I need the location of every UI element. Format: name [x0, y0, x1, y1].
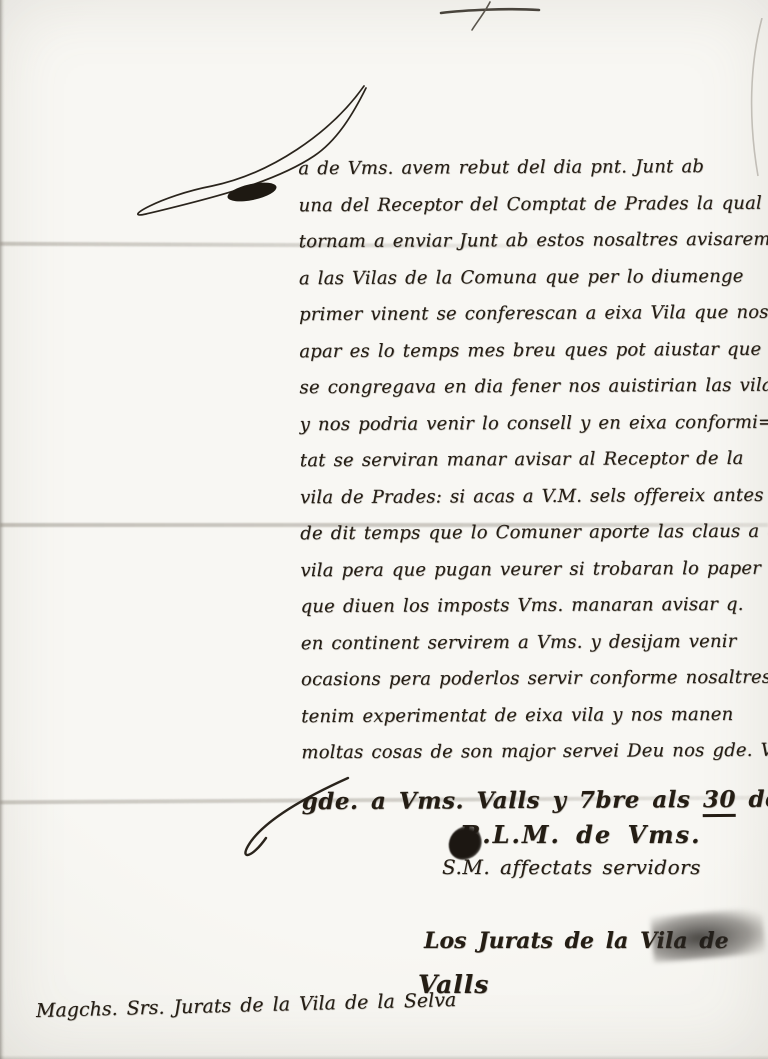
letter-line: tenim experimentat de eixa vila y nos ma…: [301, 696, 757, 735]
date-day-underlined: 30: [703, 785, 736, 816]
paper-bottom-edge-shadow: [0, 1055, 768, 1059]
letter-line: tat se serviran manar avisar al Receptor…: [300, 441, 756, 480]
letter-line: de dit temps que lo Comuner aporte las c…: [300, 514, 756, 553]
letter-body: a de Vms. avem rebut del dia pnt. Junt a…: [298, 149, 757, 820]
letter-line: moltas cosas de son major servei Deu nos…: [301, 733, 757, 772]
letter-line: a de Vms. avem rebut del dia pnt. Junt a…: [298, 149, 754, 188]
letter-line: a las Vilas de la Comuna que per lo dium…: [299, 258, 755, 297]
date-separator: de: [736, 785, 768, 812]
paper-left-edge-shadow: [0, 0, 5, 1059]
letter-line: y nos podria venir lo consell y en eixa …: [300, 404, 756, 443]
closing-block: B.L.M. de Vms. S.M. affectats servidors: [442, 820, 701, 879]
invocation-cross-icon: [435, 0, 547, 40]
letter-line: ocasions pera poderlos servir conforme n…: [301, 660, 757, 699]
letter-line: en continent servirem a Vms. y desijam v…: [301, 623, 757, 662]
ink-smudge: [650, 907, 766, 963]
scanned-letter-page: a de Vms. avem rebut del dia pnt. Junt a…: [0, 0, 768, 1059]
closing-blm: B.L.M. de Vms.: [460, 820, 701, 849]
date-line: gde. a Vms. Valls y 7bre als 30 de 1680”: [302, 774, 758, 820]
address-line: Magchs. Srs. Jurats de la Vila de la Sel…: [36, 989, 457, 1022]
date-prefix: gde. a Vms. Valls y 7bre als: [302, 786, 703, 815]
letter-line: primer vinent se conferescan a eixa Vila…: [299, 295, 755, 334]
letter-line: vila de Prades: si acas a V.M. sels offe…: [300, 477, 756, 516]
closing-servants: S.M. affectats servidors: [442, 855, 701, 879]
letter-line: que diuen los imposts Vms. manaran avisa…: [301, 587, 757, 626]
letter-line: vila pera que pugan veurer si trobaran l…: [300, 550, 756, 589]
letter-line: tornam a enviar Junt ab estos nosaltres …: [299, 222, 755, 261]
letter-line: apar es lo temps mes breu ques pot aiust…: [299, 331, 755, 370]
signature-town: Valls: [418, 970, 729, 999]
letter-line: se congregava en dia fener nos auistiria…: [299, 368, 755, 407]
letter-line: una del Receptor del Comptat de Prades l…: [298, 185, 754, 224]
